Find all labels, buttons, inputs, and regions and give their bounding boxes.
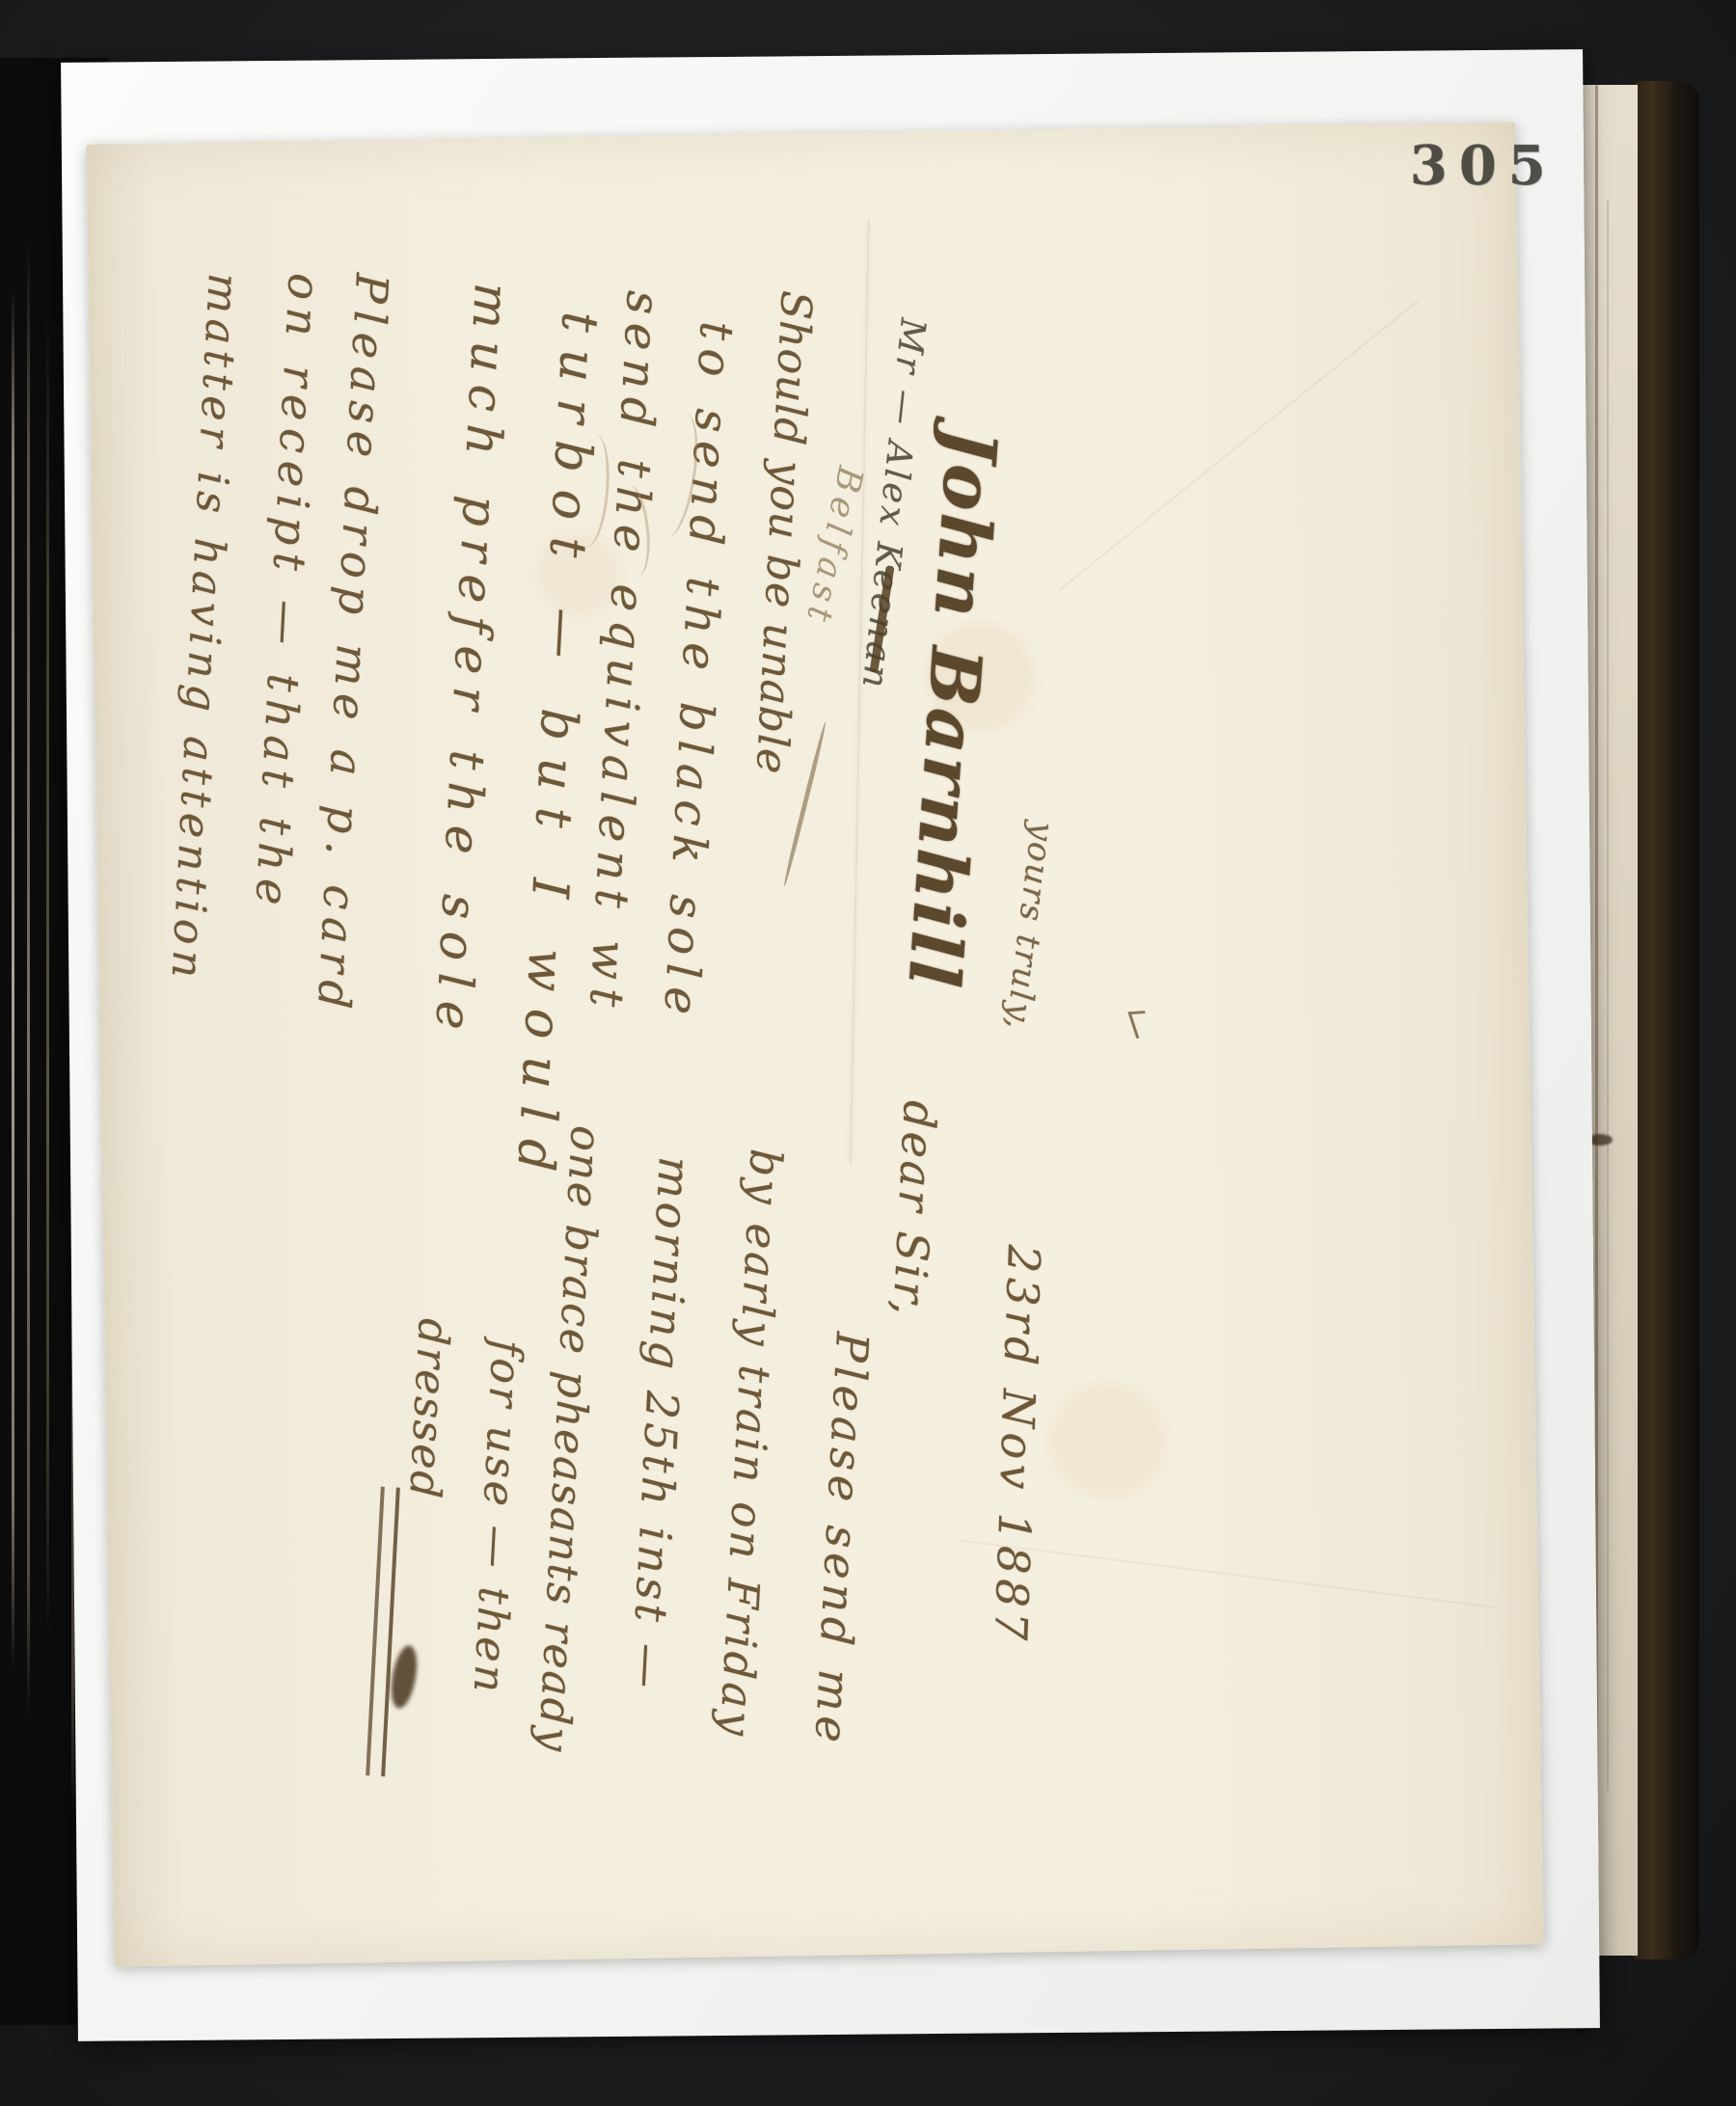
- letter-line: one brace pheasants ready: [529, 1124, 610, 1754]
- ink-blot: [387, 1643, 420, 1710]
- check-tick-mark: [1127, 1011, 1153, 1039]
- page-number-stamp: 305: [1410, 134, 1558, 198]
- letter-line: morning 25th inst —: [621, 1155, 701, 1693]
- handwriting-layer: yours truly, John Barnhill Mr — Alex Kee…: [95, 145, 1176, 1977]
- letter-line: to send the black sole: [653, 320, 744, 1024]
- letter-line: Please send me: [804, 1331, 878, 1748]
- letter-line: for use — then: [464, 1338, 531, 1696]
- salutation: dear Sir,: [882, 1099, 946, 1319]
- page-block-vein: [1607, 201, 1609, 1791]
- date-line: 23rd Nov 1887: [985, 1244, 1050, 1646]
- fore-edge-streak: [46, 318, 49, 1639]
- letter-line: much prefer the sole: [424, 282, 520, 1043]
- book-cover-edge: [1632, 81, 1699, 1959]
- fore-edge-streak: [12, 289, 14, 1668]
- fore-edge-streak: [27, 241, 30, 1716]
- letter-line: by early train on Friday: [710, 1147, 792, 1740]
- letter-line: dressed: [399, 1317, 458, 1501]
- letter-line: matter is having attention: [161, 272, 248, 985]
- double-underline: [366, 1487, 400, 1777]
- letter-line: Should you be unable: [746, 289, 821, 776]
- closing-line: yours truly,: [997, 820, 1061, 1034]
- manuscript-photo: 305 yours truly, John Barnhill Mr — Alex…: [0, 0, 1736, 2106]
